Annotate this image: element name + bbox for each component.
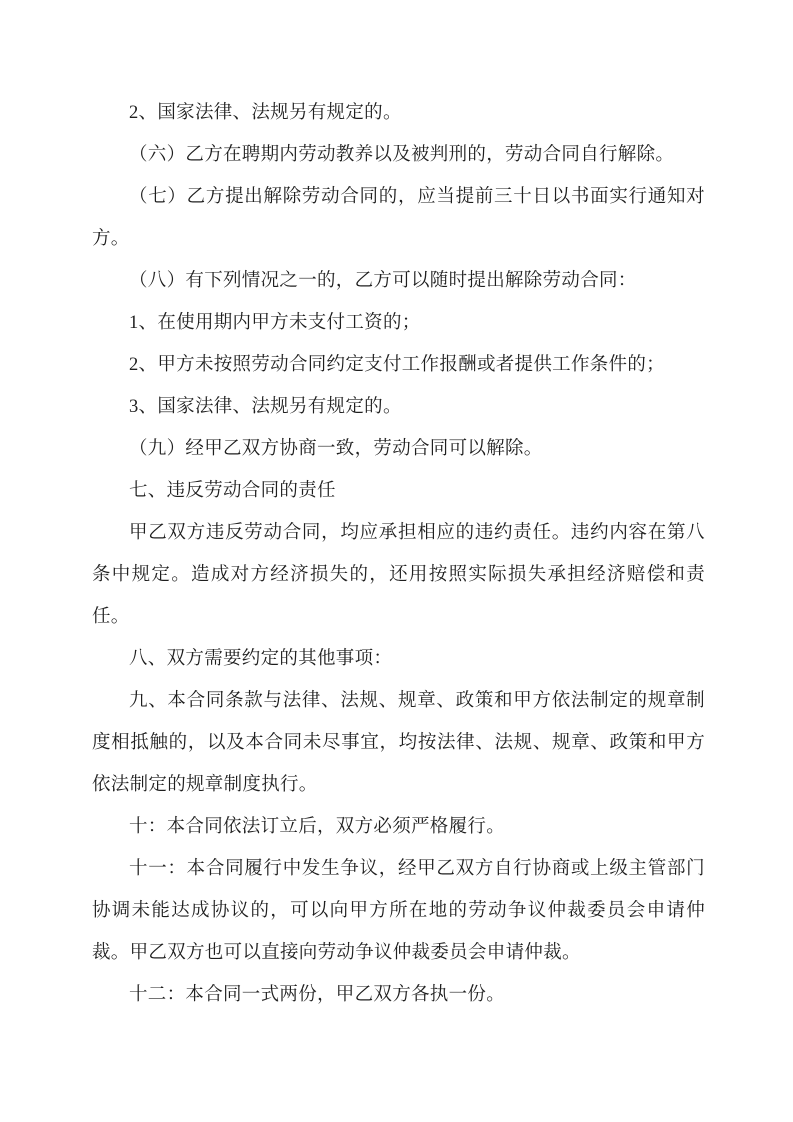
contract-paragraph: 1、在使用期内甲方未支付工资的； — [92, 302, 705, 344]
contract-paragraph: 十二：本合同一式两份，甲乙双方各执一份。 — [92, 974, 705, 1016]
contract-paragraph: 十：本合同依法订立后，双方必须严格履行。 — [92, 806, 705, 848]
contract-paragraph: 2、甲方未按照劳动合同约定支付工作报酬或者提供工作条件的； — [92, 344, 705, 386]
document-body: 2、国家法律、法规另有规定的。（六）乙方在聘期内劳动教养以及被判刑的，劳动合同自… — [92, 92, 705, 1016]
contract-paragraph: （九）经甲乙双方协商一致，劳动合同可以解除。 — [92, 428, 705, 470]
contract-paragraph: （八）有下列情况之一的，乙方可以随时提出解除劳动合同： — [92, 260, 705, 302]
contract-paragraph: 九、本合同条款与法律、法规、规章、政策和甲方依法制定的规章制度相抵触的，以及本合… — [92, 680, 705, 806]
contract-paragraph: 十一：本合同履行中发生争议，经甲乙双方自行协商或上级主管部门协调未能达成协议的，… — [92, 848, 705, 974]
contract-paragraph: 八、双方需要约定的其他事项： — [92, 638, 705, 680]
document-page: 2、国家法律、法规另有规定的。（六）乙方在聘期内劳动教养以及被判刑的，劳动合同自… — [0, 0, 793, 1122]
contract-paragraph: （六）乙方在聘期内劳动教养以及被判刑的，劳动合同自行解除。 — [92, 134, 705, 176]
contract-paragraph: 2、国家法律、法规另有规定的。 — [92, 92, 705, 134]
contract-paragraph: 七、违反劳动合同的责任 — [92, 470, 705, 512]
contract-paragraph: （七）乙方提出解除劳动合同的，应当提前三十日以书面实行通知对方。 — [92, 176, 705, 260]
document-viewport: { "page": { "kind": "contract-document-p… — [0, 0, 793, 1122]
contract-paragraph: 3、国家法律、法规另有规定的。 — [92, 386, 705, 428]
contract-paragraph: 甲乙双方违反劳动合同，均应承担相应的违约责任。违约内容在第八条中规定。造成对方经… — [92, 512, 705, 638]
